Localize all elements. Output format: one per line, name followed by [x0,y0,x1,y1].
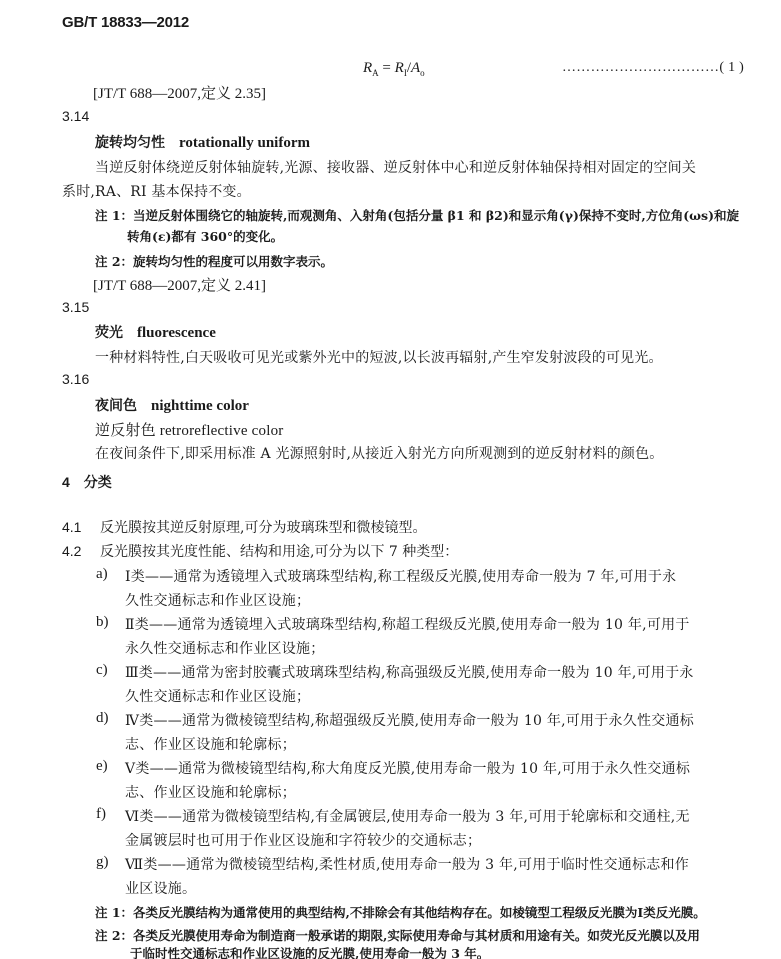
formula-a: A [411,60,420,76]
list-item-e-label: e) [96,758,108,775]
clause-text: 反光膜按其逆反射原理,可分为玻璃珠型和微棱镜型。 [100,520,426,536]
list-item-a-label: a) [96,566,108,583]
term-zh: 荧光 [95,325,123,341]
note-4-1: 注 1：各类反光膜结构为通常使用的典型结构,不排除会有其他结构存在。如棱镜型工程… [95,903,706,921]
section-number-3-14: 3.14 [62,108,89,124]
formula-1: RA = RI/Ao [363,60,425,78]
list-item-e-line2: 志、作业区设施和轮廓标； [125,782,296,802]
equation-number: ……………………………( 1 ) [562,60,744,76]
list-item-d-line2: 志、作业区设施和轮廓标； [125,734,296,754]
list-item-g-line2: 业区设施。 [125,878,196,898]
list-item-f-label: f) [96,806,106,823]
term-en: rotationally uniform [179,135,310,151]
term-fluorescence: 荧光fluorescence [95,322,216,342]
clause-4-1: 4.1反光膜按其逆反射原理,可分为玻璃珠型和微棱镜型。 [62,517,426,537]
clause-number: 4.2 [62,543,100,559]
chapter-title: 分类 [84,474,112,490]
note-3-14-1-line2: 转角(ε)都有 360°的变化。 [127,227,283,245]
chapter-number: 4 [62,474,70,490]
clause-number: 4.1 [62,519,100,535]
term-nighttime-color: 夜间色nighttime color [95,395,249,415]
section-number-3-16: 3.16 [62,371,89,387]
formula-a-sub: o [420,68,425,78]
term-zh: 夜间色 [95,398,137,414]
note-4-2-line2: 于临时性交通标志和作业区设施的反光膜,使用寿命一般为 3 年。 [130,944,489,959]
definition-3-14-line1: 当逆反射体绕逆反射体轴旋转,光源、接收器、逆反射体中心和逆反射体轴保持相对固定的… [95,157,696,177]
list-item-b-line1: Ⅱ类——通常为透镜埋入式玻璃珠型结构,称超工程级反光膜,使用寿命一般为 10 年… [125,614,690,634]
term-zh: 旋转均匀性 [95,135,165,151]
section-number-3-15: 3.15 [62,299,89,315]
list-item-a-line1: Ⅰ类——通常为透镜埋入式玻璃珠型结构,称工程级反光膜,使用寿命一般为 7 年,可… [125,566,676,586]
list-item-a-line2: 久性交通标志和作业区设施； [125,590,310,610]
term-en: nighttime color [151,398,249,414]
term-rotationally-uniform: 旋转均匀性rotationally uniform [95,132,310,152]
term-en: fluorescence [137,325,216,341]
list-item-b-label: b) [96,614,109,631]
synonym-3-16: 逆反射色 retroreflective color [95,419,283,440]
equation-label: ( 1 ) [719,60,744,75]
clause-text: 反光膜按其光度性能、结构和用途,可分为以下 7 种类型： [100,544,458,560]
equation-leader: …………………………… [562,60,719,75]
definition-3-14-line2: 系时,RA、RI 基本保持不变。 [62,181,251,201]
standard-id-header: GB/T 18833—2012 [62,14,189,31]
list-item-g-label: g) [96,854,109,871]
list-item-d-label: d) [96,710,109,727]
clause-4-2: 4.2反光膜按其光度性能、结构和用途,可分为以下 7 种类型： [62,541,458,561]
formula-r1: R [395,60,404,76]
reference-2-41: [JT/T 688—2007,定义 2.41] [93,274,266,295]
list-item-d-line1: Ⅳ类——通常为微棱镜型结构,称超强级反光膜,使用寿命一般为 10 年,可用于永久… [125,710,694,730]
list-item-e-line1: Ⅴ类——通常为微棱镜型结构,称大角度反光膜,使用寿命一般为 10 年,可用于永久… [125,758,690,778]
reference-2-35: [JT/T 688—2007,定义 2.35] [93,82,266,103]
note-3-14-1-line1: 注 1：当逆反射体围绕它的轴旋转,而观测角、入射角(包括分量 β1 和 β2)和… [95,206,739,224]
formula-eq: = [379,60,395,76]
definition-3-15: 一种材料特性,白天吸收可见光或紫外光中的短波,以长波再辐射,产生窄发射波段的可见… [95,347,663,367]
list-item-c-label: c) [96,662,108,679]
definition-3-16: 在夜间条件下,即采用标准 A 光源照射时,从接近入射光方向所观测到的逆反射材料的… [95,443,664,463]
list-item-f-line2: 金属镀层时也可用于作业区设施和字符较少的交通标志； [125,830,481,850]
formula-lhs: R [363,60,372,76]
list-item-g-line1: Ⅶ类——通常为微棱镜型结构,柔性材质,使用寿命一般为 3 年,可用于临时性交通标… [125,854,689,874]
list-item-c-line2: 久性交通标志和作业区设施； [125,686,310,706]
note-3-14-2: 注 2：旋转均匀性的程度可以用数字表示。 [95,252,333,270]
list-item-b-line2: 永久性交通标志和作业区设施； [125,638,325,658]
note-4-2-line1: 注 2：各类反光膜使用寿命为制造商一般承诺的期限,实际使用寿命与其材质和用途有关… [95,926,700,944]
chapter-4-heading: 4分类 [62,472,112,492]
list-item-f-line1: Ⅵ类——通常为微棱镜型结构,有金属镀层,使用寿命一般为 3 年,可用于轮廓标和交… [125,806,690,826]
list-item-c-line1: Ⅲ类——通常为密封胶囊式玻璃珠型结构,称高强级反光膜,使用寿命一般为 10 年,… [125,662,694,682]
